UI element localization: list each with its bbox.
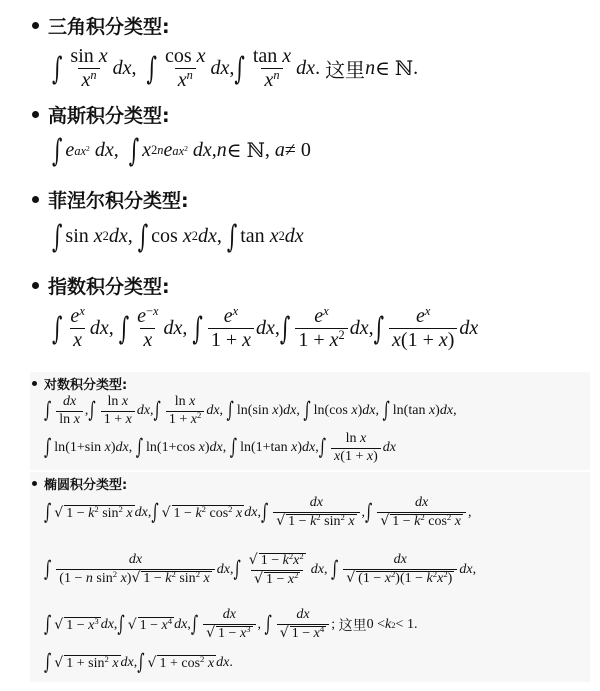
square-root: √1 − k2 sin2 x xyxy=(54,505,134,522)
section-heading-gauss: 高斯积分类型: xyxy=(32,101,170,128)
section-heading-elliptic: 椭圆积分类型: xyxy=(32,474,127,493)
bullet-icon xyxy=(32,381,37,386)
integral-sign: ∫ xyxy=(154,399,161,424)
fraction: dxln x xyxy=(56,395,83,427)
integral-sign: ∫ xyxy=(44,399,51,424)
fraction: dx√1 − k2 cos2 x xyxy=(377,496,466,529)
bullet-icon xyxy=(32,481,37,486)
square-root: √1 − x4 xyxy=(128,617,174,634)
formula-line-logarithm-2: ∫ ln(1 + sin x)dx, ∫ ln(1 + cos x)dx, ∫ … xyxy=(44,428,396,468)
formula-line-elliptic-3: ∫ √1 − x3dx, ∫ √1 − x4dx, ∫ dx√1 − x3, ∫… xyxy=(44,604,417,646)
integral-sign: ∫ xyxy=(365,501,372,526)
integral-sign: ∫ xyxy=(382,399,389,424)
formula-line-elliptic-2: ∫ dx(1 − n sin2 x)√1 − k2 sin2 xdx, ∫ √1… xyxy=(44,548,476,592)
fraction: e−xx xyxy=(134,306,161,351)
integral-sign: ∫ xyxy=(44,436,51,461)
integral-sign: ∫ xyxy=(147,49,157,86)
integral-sign: ∫ xyxy=(136,436,143,461)
integral-sign: ∫ xyxy=(129,131,139,168)
integral-sign: ∫ xyxy=(52,131,62,168)
section-heading-exponential: 指数积分类型: xyxy=(32,272,170,299)
note-text: 这里 xyxy=(325,54,365,83)
integral-sign: ∫ xyxy=(44,651,51,676)
fraction: ex1 + x2 xyxy=(295,306,347,351)
integral-sign: ∫ xyxy=(119,309,129,346)
fraction: sin xxn xyxy=(67,46,110,91)
fraction: ln x1 + x2 xyxy=(166,395,204,427)
integral-sign: ∫ xyxy=(233,558,240,583)
fraction: √1 − k2x2√1 − x2 xyxy=(246,553,309,587)
integral-sign: ∫ xyxy=(117,613,124,638)
fraction: ex1 + x xyxy=(208,306,254,351)
integral-sign: ∫ xyxy=(230,436,237,461)
integral-sign: ∫ xyxy=(44,558,51,583)
fraction: ln xx(1 + x) xyxy=(331,432,381,464)
square-root: √1 − x3 xyxy=(54,617,100,634)
heading-text: 菲涅尔积分类型: xyxy=(48,186,189,213)
integral-sign: ∫ xyxy=(227,399,234,424)
formula-line-exponential: ∫ exxdx, ∫ e−xxdx, ∫ ex1 + xdx, ∫ ex1 + … xyxy=(52,300,478,356)
integral-sign: ∫ xyxy=(44,501,51,526)
fraction: dx(1 − n sin2 x)√1 − k2 sin2 x xyxy=(56,553,214,586)
integral-sign: ∫ xyxy=(227,217,237,254)
integral-sign: ∫ xyxy=(234,49,244,86)
integral-sign: ∫ xyxy=(261,501,268,526)
heading-text: 椭圆积分类型: xyxy=(44,474,127,493)
note-text: 这里 xyxy=(339,615,367,635)
formula-line-trig: ∫ sin xxn dx, ∫ cos xxn dx, ∫ tan xxn dx… xyxy=(52,40,418,96)
integral-sign: ∫ xyxy=(151,501,158,526)
heading-text: 高斯积分类型: xyxy=(48,101,170,128)
integral-sign: ∫ xyxy=(192,309,202,346)
integral-sign: ∫ xyxy=(280,309,290,346)
bullet-icon xyxy=(32,282,39,289)
fraction: exx(1 + x) xyxy=(389,306,457,351)
fraction: ln x1 + x xyxy=(101,395,135,427)
integral-sign: ∫ xyxy=(303,399,310,424)
integral-sign: ∫ xyxy=(52,309,62,346)
formula-line-gauss: ∫ eax2 dx, ∫ x2neax2 dx,n ∈ ℕ, a ≠ 0 xyxy=(52,128,311,172)
heading-text: 三角积分类型: xyxy=(48,12,170,39)
bullet-icon xyxy=(32,196,39,203)
integral-sign: ∫ xyxy=(319,436,326,461)
fraction: cos xxn xyxy=(162,46,209,91)
bullet-icon xyxy=(32,22,39,29)
integral-sign: ∫ xyxy=(331,558,338,583)
integral-sign: ∫ xyxy=(265,613,272,638)
fraction: dx√1 − x3 xyxy=(203,608,255,641)
formula-line-logarithm-1: ∫ dxln x, ∫ ln x1 + xdx, ∫ ln x1 + x2dx,… xyxy=(44,391,457,431)
fraction: dx√(1 − x2)(1 − k2x2) xyxy=(343,553,457,586)
integral-sign: ∫ xyxy=(191,613,198,638)
formula-line-elliptic-1: ∫ √1 − k2 sin2 xdx, ∫ √1 − k2 cos2 xdx, … xyxy=(44,492,471,534)
fraction: exx xyxy=(67,306,87,351)
section-heading-fresnel: 菲涅尔积分类型: xyxy=(32,186,189,213)
formula-line-fresnel: ∫ sin x2dx, ∫ cos x2dx, ∫ tan x2dx xyxy=(52,214,304,258)
bullet-icon xyxy=(32,111,39,118)
integral-sign: ∫ xyxy=(44,613,51,638)
section-heading-trig: 三角积分类型: xyxy=(32,12,170,39)
fraction: dx√1 − k2 sin2 x xyxy=(273,496,359,529)
square-root: √1 + sin2 x xyxy=(54,655,120,672)
fraction: dx√1 − x4 xyxy=(277,608,329,641)
formula-line-elliptic-4: ∫ √1 + sin2 xdx, ∫ √1 + cos2 xdx. xyxy=(44,645,233,681)
integral-sign: ∫ xyxy=(137,651,144,676)
heading-text: 指数积分类型: xyxy=(48,272,170,299)
fraction: tan xxn xyxy=(250,46,294,91)
integral-sign: ∫ xyxy=(52,217,62,254)
integral-sign: ∫ xyxy=(88,399,95,424)
square-root: √1 + cos2 x xyxy=(148,655,217,672)
integral-sign: ∫ xyxy=(138,217,148,254)
integral-sign: ∫ xyxy=(52,49,62,86)
integral-sign: ∫ xyxy=(374,309,384,346)
square-root: √1 − k2 cos2 x xyxy=(162,505,245,522)
